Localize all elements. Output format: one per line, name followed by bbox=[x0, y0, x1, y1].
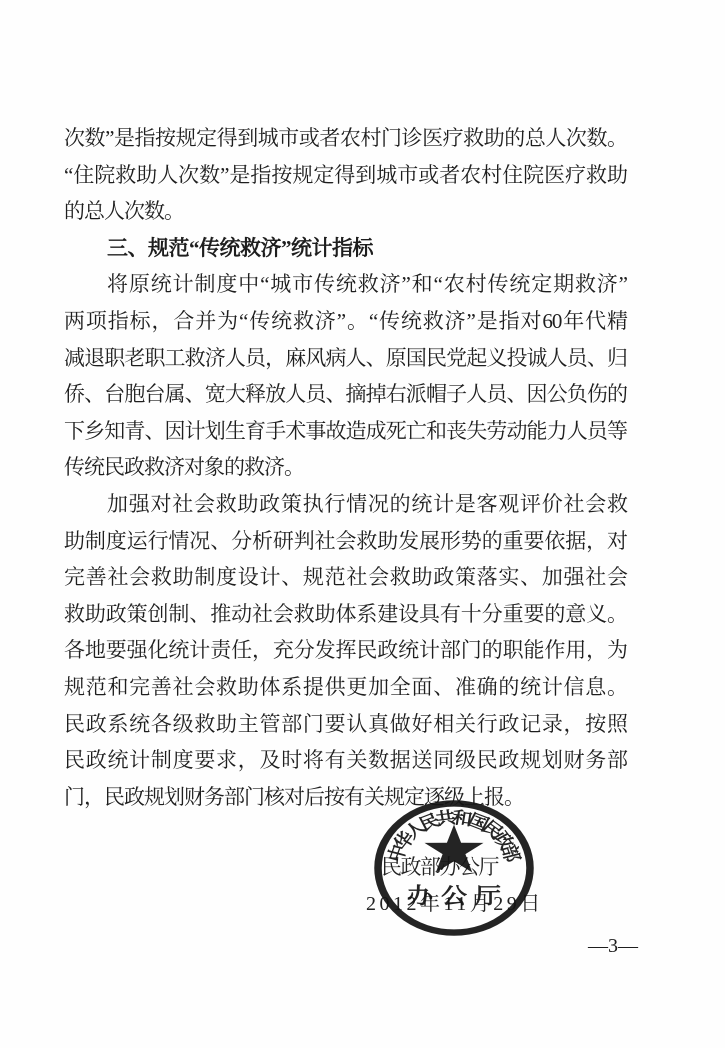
text-line: 将原统计制度中“城市传统救济”和“农村传统定期救济” bbox=[64, 266, 627, 303]
text-line: 两项指标，合并为“传统救济”。“传统救济”是指对60年代精 bbox=[64, 303, 627, 340]
text-line: 加强对社会救助政策执行情况的统计是客观评价社会救 bbox=[64, 486, 627, 523]
text-line: 减退职老职工救济人员，麻风病人、原国民党起义投诚人员、归 bbox=[64, 340, 627, 377]
official-seal: 中华人民共和国民政部办公厅 bbox=[364, 782, 544, 954]
text-line: 民政系统各级救助主管部门要认真做好相关行政记录，按照 bbox=[64, 706, 627, 743]
text-line: 完善社会救助制度设计、规范社会救助政策落实、加强社会 bbox=[64, 559, 627, 596]
page-number: —3— bbox=[588, 935, 638, 958]
text-line: 下乡知青、因计划生育手术事故造成死亡和丧失劳动能力人员等 bbox=[64, 413, 627, 450]
text-line: 侨、台胞台属、宽大释放人员、摘掉右派帽子人员、因公负伤的 bbox=[64, 376, 627, 413]
svg-text:办公厅: 办公厅 bbox=[407, 884, 509, 909]
text-line: 各地要强化统计责任，充分发挥民政统计部门的职能作用，为 bbox=[64, 632, 627, 669]
text-line: 助制度运行情况、分析研判社会救助发展形势的重要依据，对 bbox=[64, 523, 627, 560]
document-page: 次数”是指按规定得到城市或者农村门诊医疗救助的总人次数。 “住院救助人次数”是指… bbox=[0, 0, 725, 1048]
text-line: 救助政策创制、推动社会救助体系建设具有十分重要的意义。 bbox=[64, 596, 627, 633]
text-line: “住院救助人次数”是指按规定得到城市或者农村住院医疗救助 bbox=[64, 157, 627, 194]
text-line: 的总人次数。 bbox=[64, 193, 627, 230]
text-line: 次数”是指按规定得到城市或者农村门诊医疗救助的总人次数。 bbox=[64, 120, 627, 157]
document-body: 次数”是指按规定得到城市或者农村门诊医疗救助的总人次数。 “住院救助人次数”是指… bbox=[64, 120, 627, 815]
text-line: 民政统计制度要求，及时将有关数据送同级民政规划财务部 bbox=[64, 742, 627, 779]
section-heading: 三、规范“传统救济”统计指标 bbox=[64, 230, 627, 267]
text-line: 传统民政救济对象的救济。 bbox=[64, 449, 627, 486]
text-line: 规范和完善社会救助体系提供更加全面、准确的统计信息。 bbox=[64, 669, 627, 706]
